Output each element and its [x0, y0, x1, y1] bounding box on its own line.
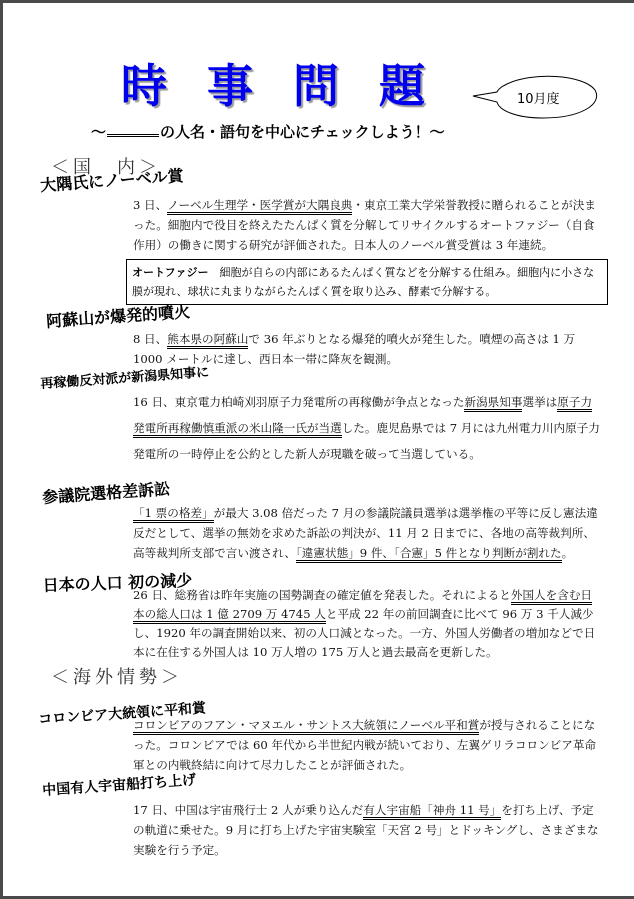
subtitle: ～の人名・語句を中心にチェックしよう！～ [91, 121, 445, 142]
page-title: 時事問題 [121, 63, 425, 109]
key-term: 「違憲状態」9 件、「合憲」5 件となり判断が割れた [296, 546, 562, 563]
key-term: 有人宇宙船「神舟 11 号」 [363, 803, 501, 820]
title-char: 事 [207, 59, 293, 113]
key-term: 新潟県知事 [464, 395, 522, 412]
title-char: 問 [293, 59, 379, 113]
underline-blank [107, 122, 159, 137]
key-term: 「1 票の格差」 [133, 506, 214, 523]
article-body: 3 日、ノーベル生理学・医学賞が大隅良典・東京工業大学栄誉教授に贈られることが決… [133, 195, 603, 255]
text: 17 日、中国は宇宙飛行士 2 人が乗り込んだ [133, 803, 363, 817]
text: 3 日、 [133, 198, 167, 212]
article-body: 16 日、東京電力柏崎刈羽原子力発電所の再稼働が争点となった新潟県知事選挙は原子… [133, 389, 603, 467]
headline: 中国有人宇宙船打ち上げ [42, 769, 197, 800]
subtitle-tilde: ～ [91, 123, 106, 141]
article-body: 17 日、中国は宇宙飛行士 2 人が乗り込んだ有人宇宙船「神舟 11 号」を打ち… [133, 800, 603, 860]
article-body: コロンビアのフアン・マヌエル・サントス大統領にノーベル平和賞が授与されることにな… [133, 715, 603, 775]
text: 。 [562, 546, 574, 560]
article-body: 「1 票の格差」が最大 3.08 倍だった 7 月の参議院議員選挙は選挙権の平等… [133, 503, 603, 563]
text: 26 日、総務省は昨年実施の国勢調査の確定値を発表した。それによると [133, 588, 511, 602]
text: 8 日、 [133, 332, 167, 346]
key-term: ノーベル生理学・医学賞が大隅良典 [167, 198, 352, 215]
month-label: 10月度 [517, 88, 560, 107]
text: 16 日、東京電力柏崎刈羽原子力発電所の再稼働が争点となった [133, 395, 464, 409]
subtitle-text: の人名・語句を中心にチェックしよう！～ [160, 123, 445, 141]
section-overseas: ＜海外情勢＞ [51, 663, 183, 689]
headline: 再稼働反対派が新潟県知事に [40, 361, 210, 392]
definition-box: オートファジー 細胞が自らの内部にあるたんぱく質などを分解する仕組み。細胞内に小… [126, 259, 608, 305]
key-term: 熊本県の阿蘇山 [167, 332, 248, 349]
title-char: 題 [379, 59, 425, 113]
key-term: コロンビアのフアン・マヌエル・サントス大統領にノーベル平和賞 [133, 718, 479, 735]
text: 選挙は [522, 395, 557, 409]
article-body: 26 日、総務省は昨年実施の国勢調査の確定値を発表した。それによると外国人を含む… [133, 586, 603, 662]
headline: 阿蘇山が爆発的噴火 [45, 299, 190, 332]
document-page: 時事問題 10月度 ～の人名・語句を中心にチェックしよう！～ ＜国 内＞ 大隅氏… [3, 3, 634, 896]
definition-term: オートファジー [132, 266, 208, 279]
month-speech-bubble: 10月度 [487, 74, 601, 120]
title-char: 時 [121, 59, 207, 113]
